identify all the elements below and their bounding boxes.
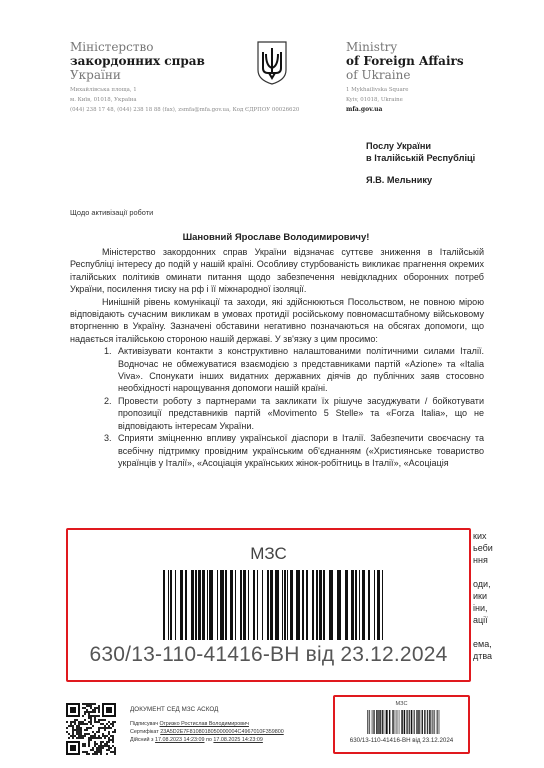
signer-name: Огризко Ростислав Володимирович [160,721,249,727]
org-name-ua-line2: закордонних справ [70,54,250,68]
address-ua-line: (044) 238 17 48, (044) 238 18 88 (fax), … [70,105,250,115]
barcode-icon [163,570,385,640]
valid-label: Дійсний з [130,737,154,743]
request-item: Активізувати контакти з конструктивно на… [114,345,484,395]
cert-number: 23A5D2E7F8108018050000004C4967010F359800 [160,729,284,735]
registration-stamp-large: МЗС 630/13-110-41416-ВН від 23.12.2024 [66,528,471,682]
registration-number: 630/13-110-41416-ВН від 23.12.2024 [68,643,469,667]
stamp-title: МЗС [68,544,469,564]
body-paragraph: Міністерство закордонних справ України в… [70,246,484,296]
addressee-line1: Послу України [366,140,475,152]
valid-to-label: по [206,737,212,743]
website-link[interactable]: mfa.gov.ua [346,105,506,115]
registration-number: 630/13-110-41416-ВН від 23.12.2024 [335,737,468,744]
signature-block: ДОКУМЕНТ СЕД МЗС АСКОД Підписувач Огризк… [130,706,284,744]
addressee-line2: в Італійській Республіці [366,152,475,164]
address-ua-line: м. Київ, 01018, Україна [70,95,250,105]
letter-body: Міністерство закордонних справ України в… [70,246,484,469]
trident-coat-of-arms-icon [256,40,288,86]
org-name-en-line2: of Foreign Affairs [346,54,506,68]
residual-text: іни, [473,602,488,614]
org-name-ua-line1: Міністерство [70,40,250,54]
residual-text: оди, [473,578,491,590]
header-right-block: Ministry of Foreign Affairs of Ukraine 1… [346,40,506,115]
residual-text: ьеби [473,542,493,554]
registration-stamp-small: МЗС 630/13-110-41416-ВН від 23.12.2024 [333,695,470,754]
stamp-title: МЗС [335,701,468,707]
residual-text: дтва [473,650,492,662]
org-name-en-line3: of Ukraine [346,68,506,82]
letter-subject: Щодо активізації роботи [70,208,153,217]
address-en: 1 Mykhailivska Square Kyiv, 01018, Ukrai… [346,85,506,115]
addressee-block: Послу України в Італійській Республіці Я… [366,140,475,186]
cert-label: Сертифікат [130,729,159,735]
signer-label: Підписувач [130,721,158,727]
header-left-block: Міністерство закордонних справ України М… [70,40,250,115]
valid-from: 17.08.2023 14:23:09 [155,737,204,743]
request-item: Провести роботу з партнерами та закликат… [114,395,484,432]
address-en-line: 1 Mykhailivska Square [346,85,506,95]
salutation: Шановний Ярославе Володимировичу! [0,232,544,243]
residual-text: ема, [473,638,492,650]
address-ua-line: Михайлівська площа, 1 [70,85,250,95]
org-name-en-line1: Ministry [346,40,506,54]
address-ua: Михайлівська площа, 1 м. Київ, 01018, Ук… [70,85,250,115]
body-paragraph: Нинішній рівень комунікації та заходи, я… [70,296,484,346]
residual-text: ації [473,614,488,626]
address-en-line: Kyiv, 01018, Ukraine [346,95,506,105]
qr-code-icon [66,703,116,755]
doc-system-title: ДОКУМЕНТ СЕД МЗС АСКОД [130,706,284,713]
residual-text: ики [473,590,487,602]
residual-text: ння [473,554,488,566]
request-list: Активізувати контакти з конструктивно на… [70,345,484,469]
request-item: Сприяти зміцненню впливу української діа… [114,432,484,469]
valid-to: 17.08.2025 14:23:09 [213,737,262,743]
residual-text: ких [473,530,486,542]
addressee-name: Я.В. Мельнику [366,174,475,186]
org-name-ua-line3: України [70,68,250,82]
barcode-icon [367,710,440,734]
